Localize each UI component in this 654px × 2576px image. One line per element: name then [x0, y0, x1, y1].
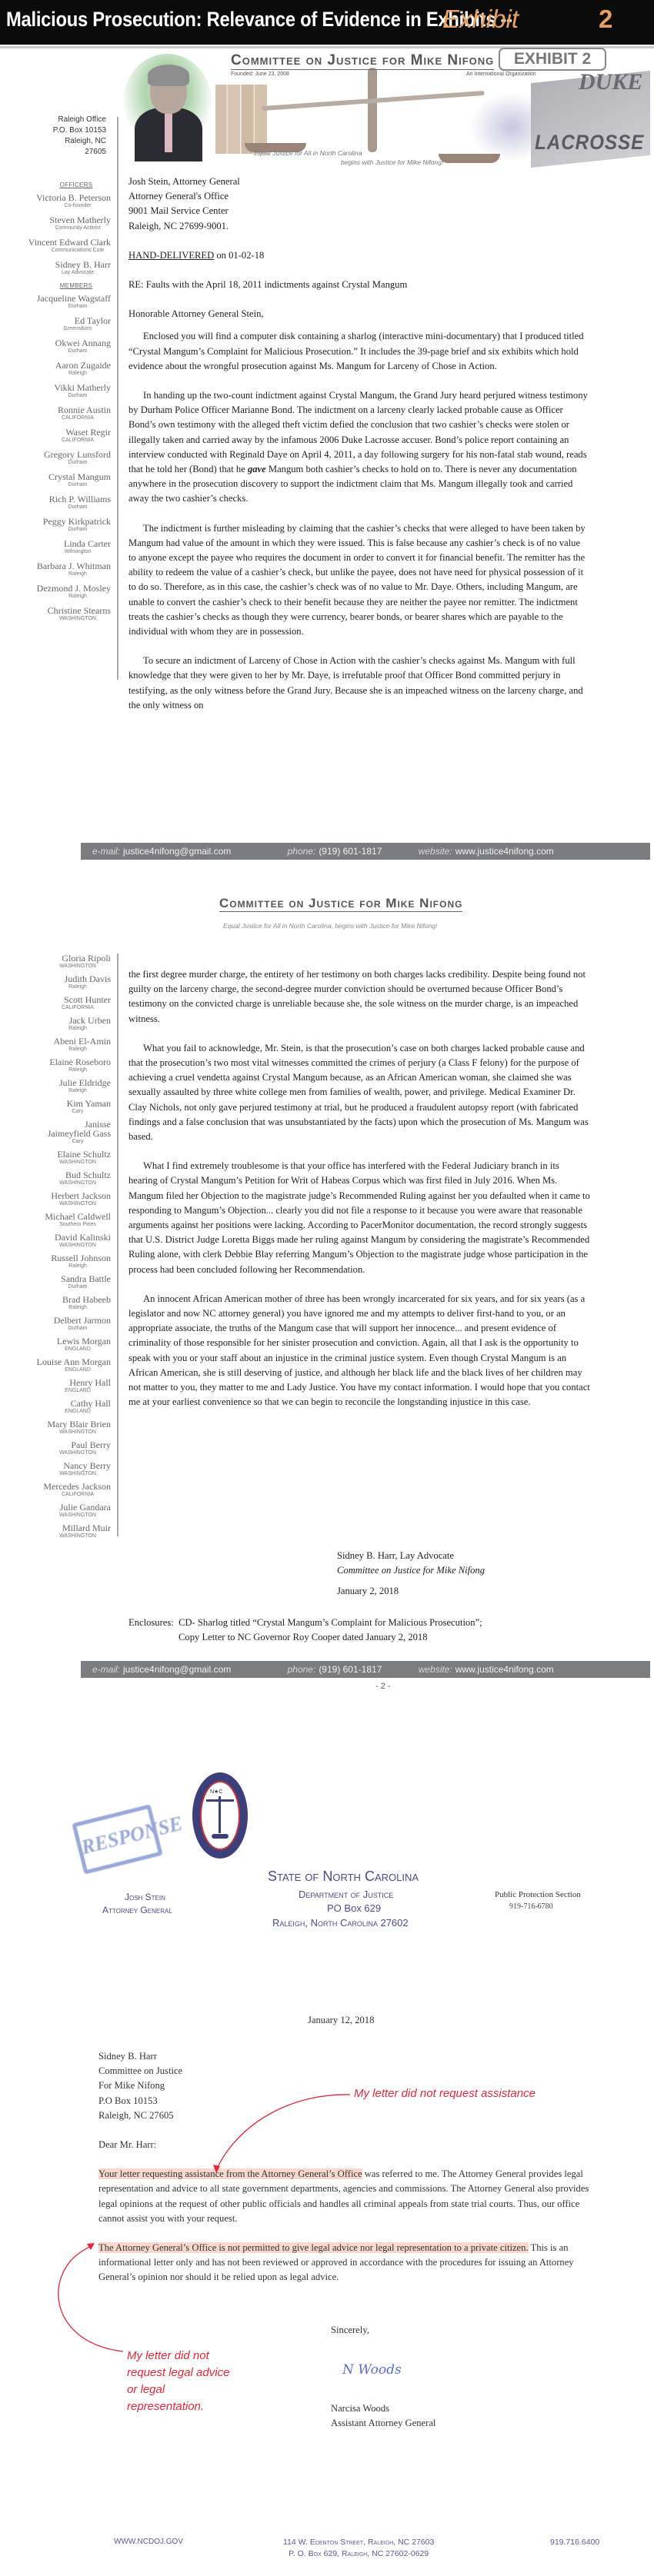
- address-line: P. O. Box 629, Raleigh, NC 27602-0629: [283, 2548, 434, 2560]
- signer-name: Narcisa Woods: [331, 2401, 435, 2416]
- handwritten-signature: N Woods: [342, 2362, 402, 2378]
- annotation-arrows: [0, 0, 654, 2576]
- closing: Sincerely,: [331, 2325, 369, 2336]
- address-line: 114 W. Edenton Street, Raleigh, NC 27603: [283, 2537, 434, 2548]
- response-signer: Narcisa Woods Assistant Attorney General: [331, 2401, 435, 2431]
- ncdoj-website[interactable]: WWW.NCDOJ.GOV: [114, 2538, 183, 2546]
- ncdoj-phone: 919.716.6400: [550, 2538, 599, 2547]
- annotation-note-2: My letter did not request legal advice o…: [127, 2348, 235, 2415]
- ncdoj-address: 114 W. Edenton Street, Raleigh, NC 27603…: [283, 2537, 434, 2560]
- signer-title: Assistant Attorney General: [331, 2416, 435, 2431]
- annotation-note-1: My letter did not request assistance: [354, 2087, 536, 2100]
